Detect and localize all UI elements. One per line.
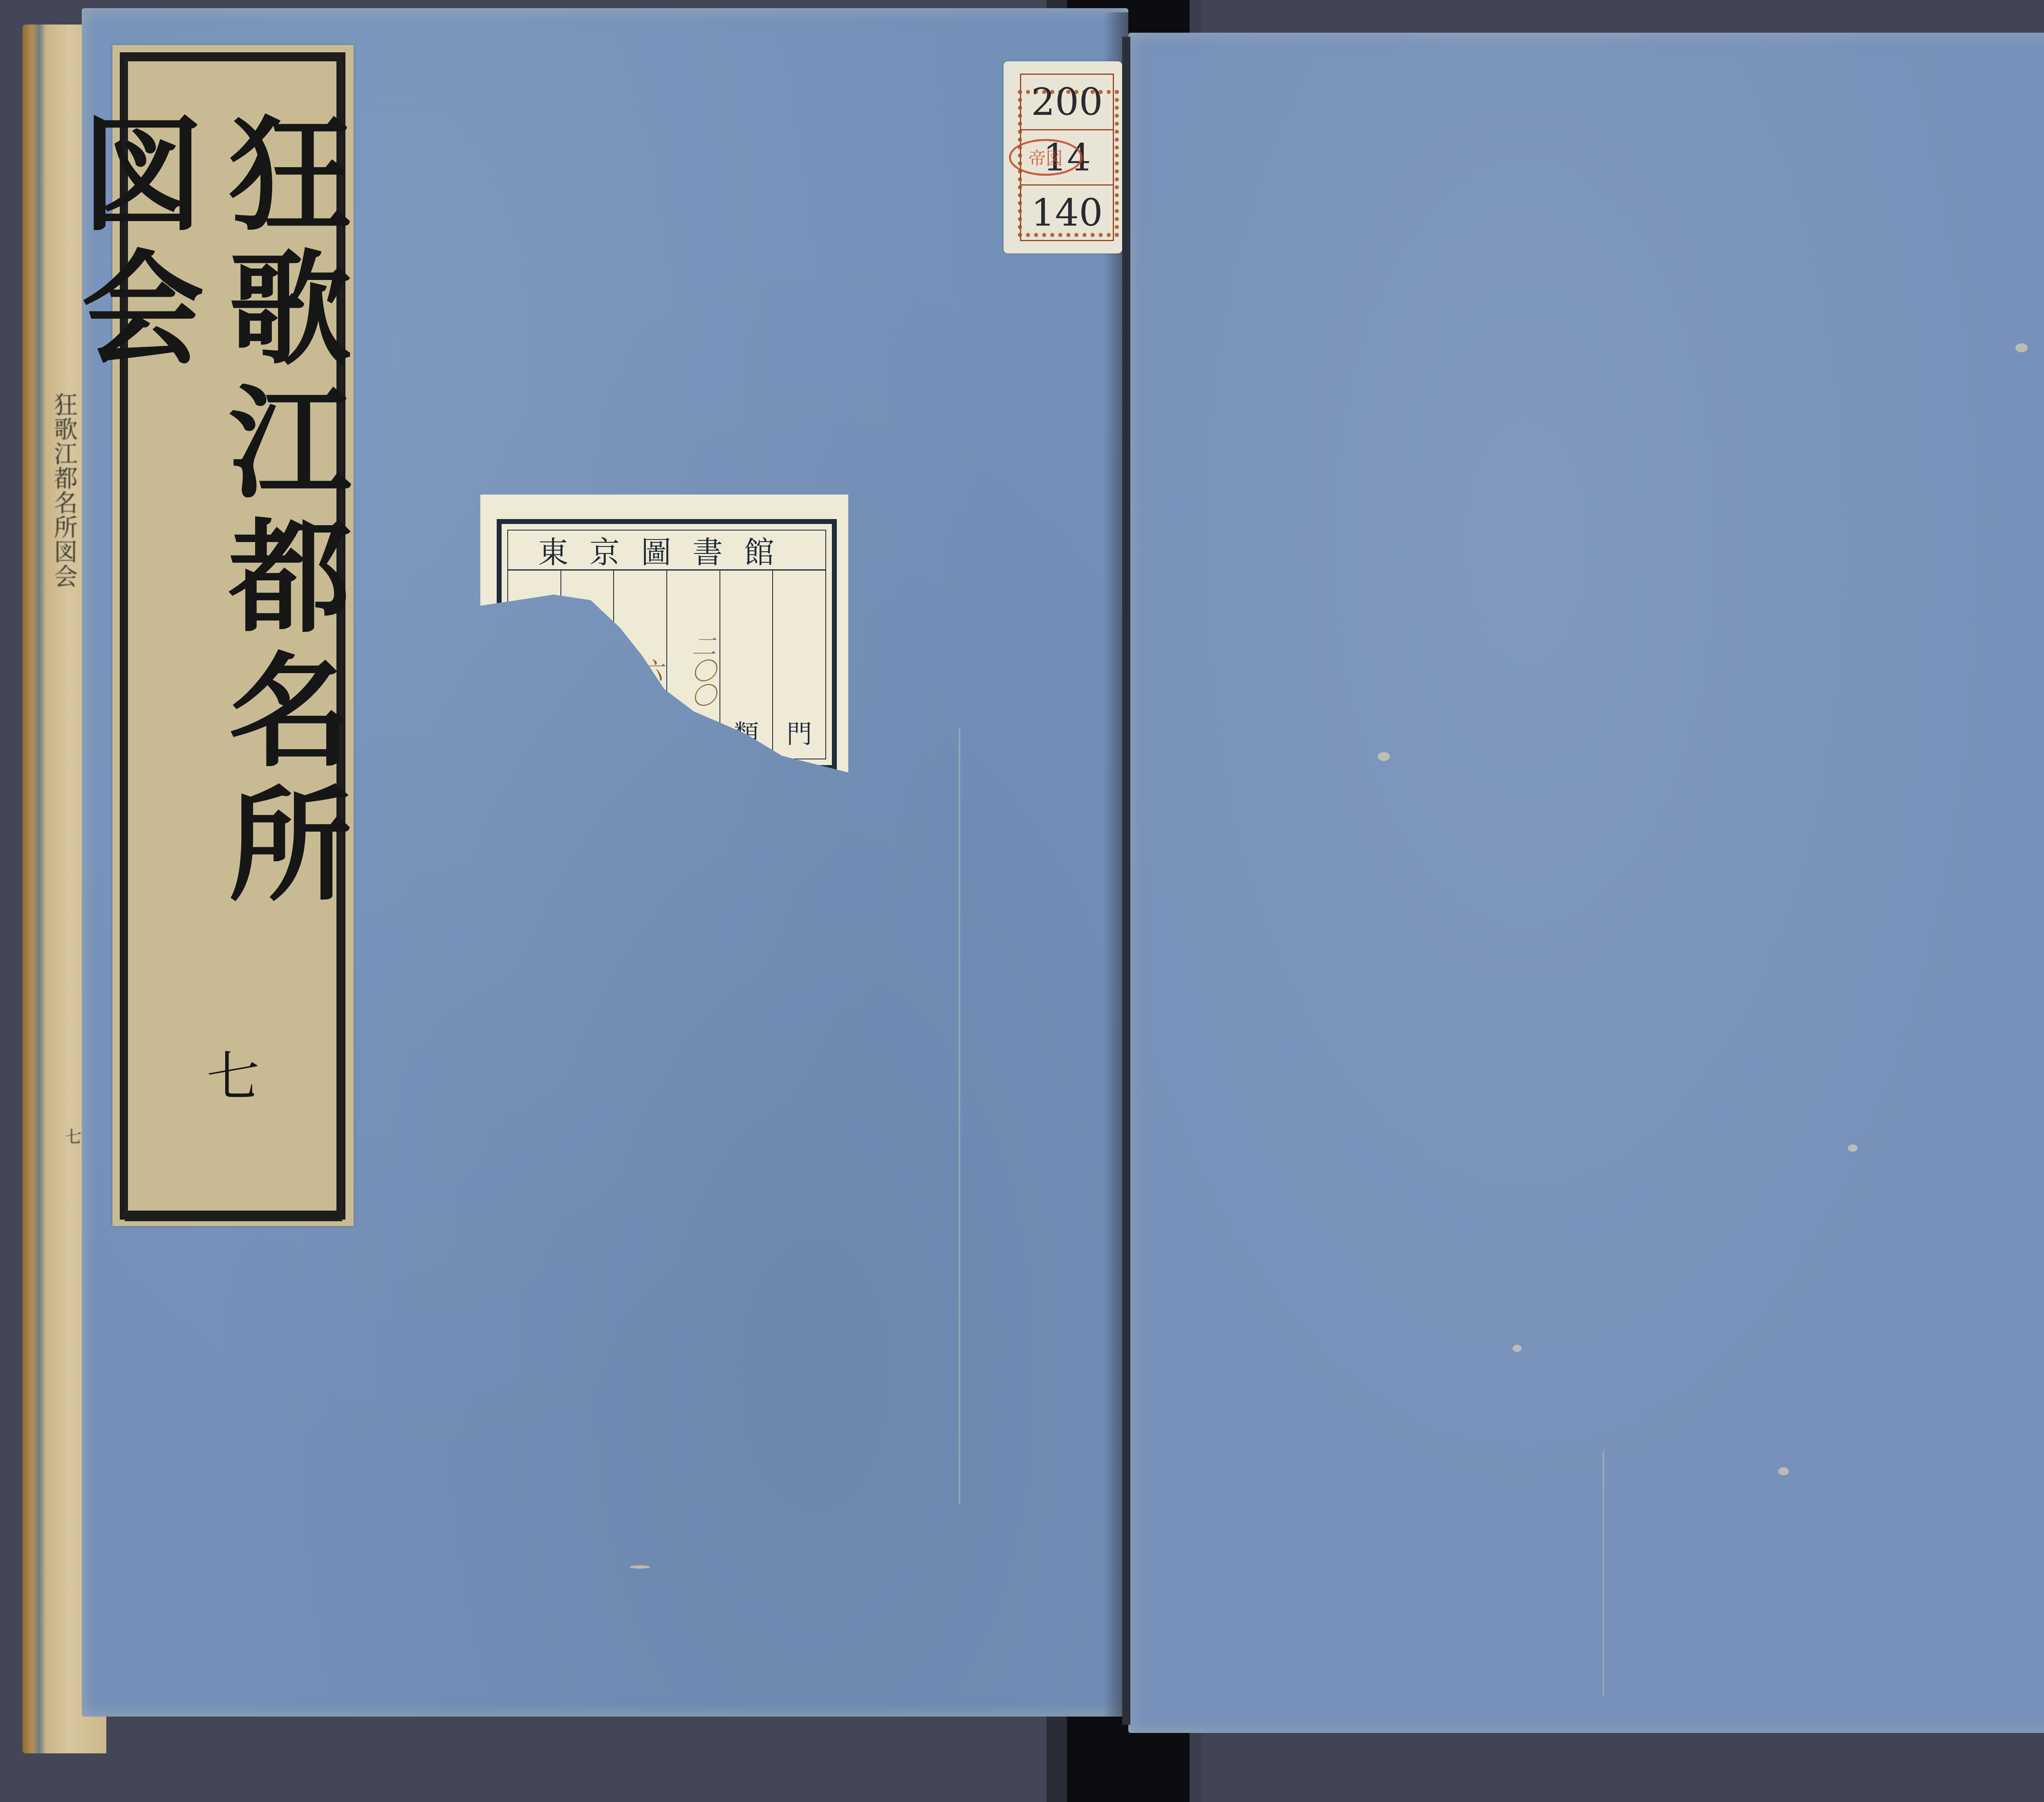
right-cover xyxy=(1128,33,2044,1733)
wear-mark xyxy=(1513,1345,1522,1352)
wear-mark xyxy=(630,1565,650,1569)
call-number-value: 140 xyxy=(1031,191,1103,235)
wear-mark xyxy=(1378,752,1390,761)
label-column: 門 xyxy=(773,570,825,759)
left-fore-edge-text: 狂歌江都名所図会 xyxy=(51,392,76,760)
book-title: 狂歌江都名所図会 xyxy=(112,110,354,928)
left-fore-edge-mark: 七 xyxy=(59,1128,85,1234)
column-label-mon: 門 xyxy=(787,714,812,750)
call-number-label: 200 帝図 14 140 xyxy=(1004,61,1122,253)
title-slip: 狂歌江都名所図会 七 xyxy=(112,45,354,1226)
call-number-grid: 200 帝図 14 140 xyxy=(1020,74,1114,241)
handwritten-entry: 二〇〇 xyxy=(684,633,719,707)
wear-mark xyxy=(1778,1467,1789,1475)
call-number-value: 200 xyxy=(1031,80,1103,124)
volume-number: 七 xyxy=(112,1034,354,1110)
wear-mark xyxy=(2015,343,2028,352)
call-number-row: 140 xyxy=(1021,186,1113,240)
call-number-row: 帝図 14 xyxy=(1021,130,1113,186)
spine-gutter xyxy=(1122,37,1130,1725)
call-number-row: 200 xyxy=(1021,75,1113,130)
cover-crease xyxy=(959,728,960,1504)
library-name: 東京圖書館 xyxy=(507,530,826,571)
red-seal-stamp: 帝図 xyxy=(1009,139,1083,176)
wear-mark xyxy=(1848,1144,1858,1152)
cover-crease xyxy=(1602,1451,1604,1696)
